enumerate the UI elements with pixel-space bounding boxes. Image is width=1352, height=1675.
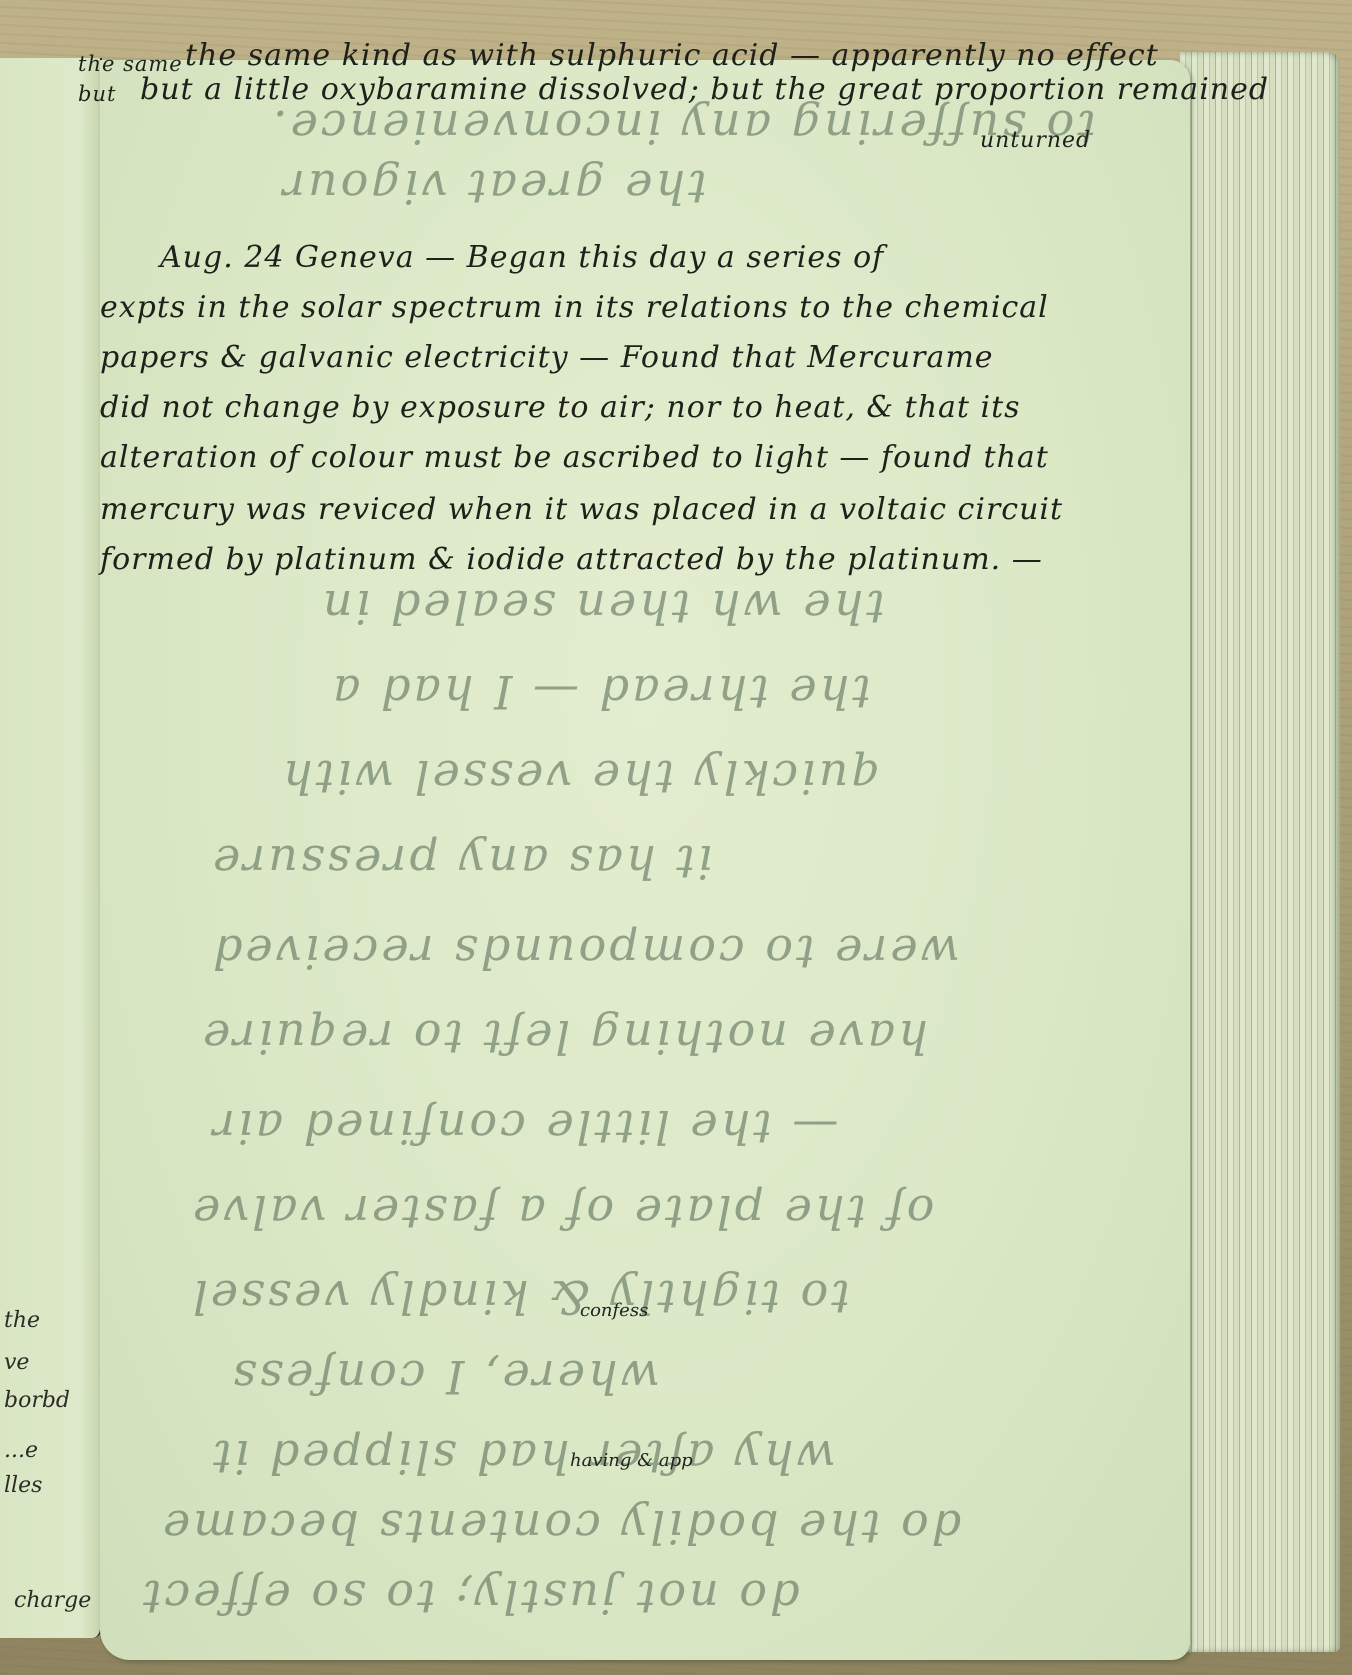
show-through-line: have nothing left to require bbox=[200, 1010, 928, 1064]
left-margin-note: lles bbox=[4, 1473, 42, 1498]
show-through-line: of the plate of a faster valve bbox=[190, 1185, 934, 1239]
left-page-edge: the ve borbd ...e lles charge bbox=[0, 58, 102, 1638]
show-through-line: do the bodily contents became bbox=[160, 1500, 961, 1554]
left-margin-note: charge bbox=[14, 1588, 91, 1613]
show-through-line: the great vigour bbox=[280, 160, 707, 214]
left-margin-note: ...e bbox=[4, 1438, 38, 1463]
show-through-line: do not justly; to so effect bbox=[140, 1570, 799, 1624]
continuation-line: but a little oxybaramine dissolved; but … bbox=[140, 72, 1269, 107]
show-through-line: where, I confess bbox=[230, 1350, 660, 1404]
inserted-word: having & app bbox=[570, 1450, 693, 1471]
left-margin-note: ve bbox=[4, 1350, 29, 1375]
entry-line: papers & galvanic electricity — Found th… bbox=[100, 340, 994, 375]
show-through-line: why after had slipped it bbox=[210, 1430, 836, 1484]
left-margin-note: the bbox=[4, 1308, 40, 1333]
entry-line: mercury was reviced when it was placed i… bbox=[100, 492, 1063, 527]
show-through-line: the wh then sealed in bbox=[320, 580, 885, 634]
continuation-tail: unturned bbox=[980, 128, 1091, 153]
entry-line: expts in the solar spectrum in its relat… bbox=[100, 290, 1049, 325]
show-through-line: quickly the vessel with bbox=[280, 750, 881, 804]
show-through-line: it has any pressure bbox=[210, 835, 712, 889]
margin-note: but bbox=[78, 82, 116, 106]
show-through-line: to suffering any inconvenience. bbox=[270, 100, 1096, 154]
show-through-line: to tightly & kindly vessel bbox=[190, 1270, 850, 1324]
continuation-line: the same kind as with sulphuric acid — a… bbox=[185, 38, 1159, 73]
show-through-line: were to compounds received bbox=[210, 925, 960, 979]
show-through-line: — the little confined air bbox=[210, 1100, 838, 1154]
inserted-word: confess bbox=[580, 1300, 648, 1321]
entry-line: formed by platinum & iodide attracted by… bbox=[100, 542, 1043, 577]
left-margin-note: borbd bbox=[4, 1388, 70, 1413]
notebook-page: to suffering any inconvenience. the grea… bbox=[100, 60, 1190, 1660]
entry-line: Aug. 24 Geneva — Began this day a series… bbox=[160, 240, 884, 275]
entry-line: alteration of colour must be ascribed to… bbox=[100, 440, 1049, 475]
entry-line: did not change by exposure to air; nor t… bbox=[100, 390, 1021, 425]
show-through-line: the thread — I had a bbox=[330, 665, 871, 719]
page-edges bbox=[1180, 52, 1340, 1652]
